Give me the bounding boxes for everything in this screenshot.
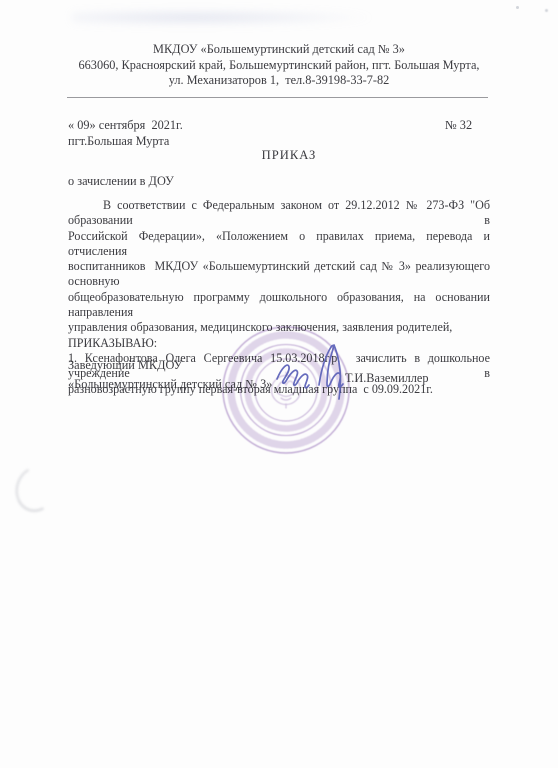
order-place: пгт.Большая Мурта bbox=[68, 134, 169, 149]
letterhead: МКДОУ «Большемуртинский детский сад № 3»… bbox=[0, 42, 558, 89]
letterhead-contacts: ул. Механизаторов 1, тел.8-39198-33-7-82 bbox=[0, 73, 558, 89]
scan-smudge bbox=[72, 9, 372, 26]
document-page: МКДОУ «Большемуртинский детский сад № 3»… bbox=[0, 0, 558, 768]
signatory-position-line1: Заведующий МКДОУ bbox=[68, 356, 272, 375]
order-date: « 09» сентября 2021г. bbox=[68, 118, 183, 133]
paragraph-line: воспитанников МКДОУ «Большемуртинский де… bbox=[68, 259, 490, 290]
letterhead-address: 663060, Красноярский край, Большемуртинс… bbox=[0, 58, 558, 74]
order-title: ПРИКАЗ bbox=[0, 148, 558, 163]
scan-mark bbox=[10, 461, 62, 517]
scan-speck bbox=[545, 9, 548, 12]
order-subject: о зачислении в ДОУ bbox=[68, 174, 174, 189]
letterhead-name: МКДОУ «Большемуртинский детский сад № 3» bbox=[0, 42, 558, 58]
scan-speck bbox=[516, 6, 519, 9]
signatory-name: Т.И.Ваземиллер bbox=[345, 371, 429, 386]
paragraph-line: В соответствии с Федеральным законом от … bbox=[68, 198, 490, 229]
paragraph-line: Российской Федерации», «Положением о пра… bbox=[68, 229, 490, 260]
signatory-block: Заведующий МКДОУ «Большемуртинский детск… bbox=[68, 356, 272, 394]
signatory-position-line2: «Большемуртинский детский сад № 3» bbox=[68, 375, 272, 394]
letterhead-rule bbox=[67, 97, 488, 98]
order-number: № 32 bbox=[445, 118, 472, 133]
